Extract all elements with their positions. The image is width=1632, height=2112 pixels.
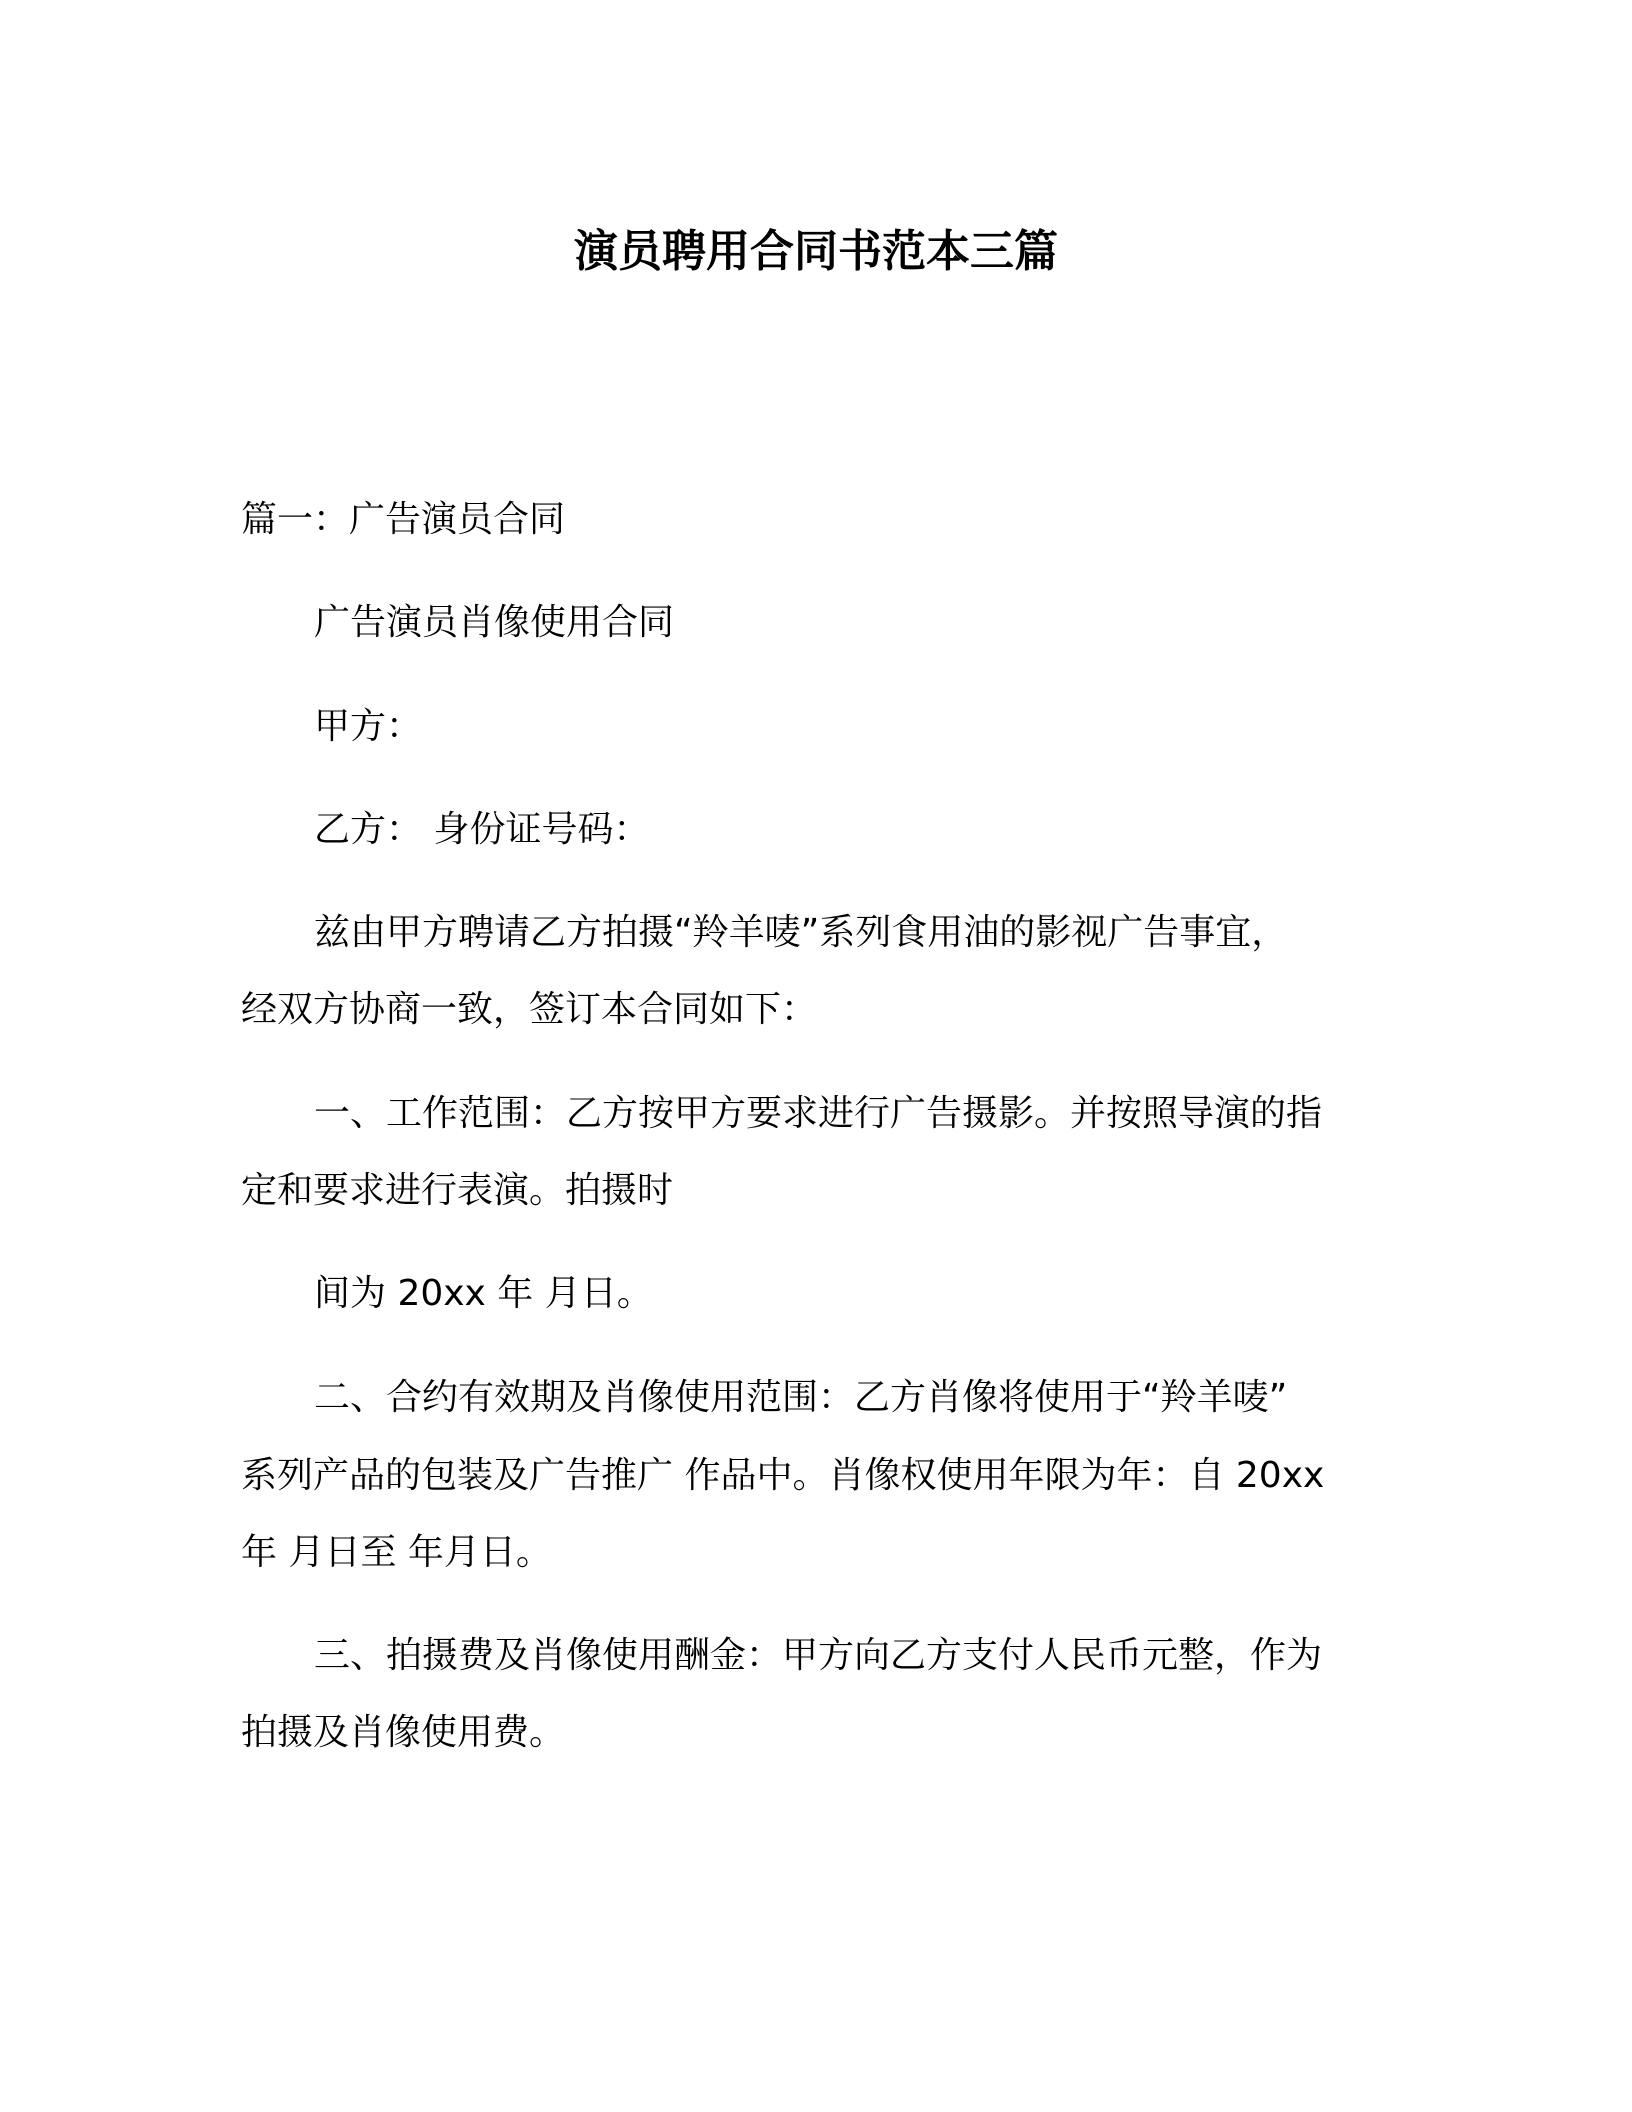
party-b-label: 乙方： 身份证号码： (314, 807, 649, 853)
clause-3-line-2: 拍摄及肖像使用费。 (241, 1710, 565, 1756)
document-title: 演员聘用合同书范本三篇 (0, 224, 1632, 280)
clause-1-line-1: 一、工作范围：乙方按甲方要求进行广告摄影。并按照导演的指 (314, 1091, 1322, 1137)
document-page: 演员聘用合同书范本三篇 篇一：广告演员合同 广告演员肖像使用合同 甲方： 乙方：… (0, 0, 1632, 2112)
clause-2-line-2: 系列产品的包装及广告推广 作品中。肖像权使用年限为年：自 20xx (241, 1453, 1324, 1499)
clause-2-line-3: 年 月日至 年月日。 (241, 1530, 552, 1576)
intro-paragraph-line-2: 经双方协商一致，签订本合同如下： (241, 987, 817, 1033)
section-heading: 篇一：广告演员合同 (241, 497, 565, 543)
clause-3-line-1: 三、拍摄费及肖像使用酬金：甲方向乙方支付人民币元整，作为 (314, 1633, 1322, 1679)
intro-paragraph-line-1: 兹由甲方聘请乙方拍摄“羚羊唛”系列食用油的影视广告事宜， (314, 910, 1287, 956)
clause-2-line-1: 二、合约有效期及肖像使用范围：乙方肖像将使用于“羚羊唛” (314, 1375, 1287, 1421)
party-a-label: 甲方： (314, 704, 422, 750)
clause-1-line-2: 定和要求进行表演。拍摄时 (241, 1168, 673, 1214)
contract-subtitle: 广告演员肖像使用合同 (314, 600, 674, 646)
clause-1-line-3: 间为 20xx 年 月日。 (314, 1271, 653, 1317)
